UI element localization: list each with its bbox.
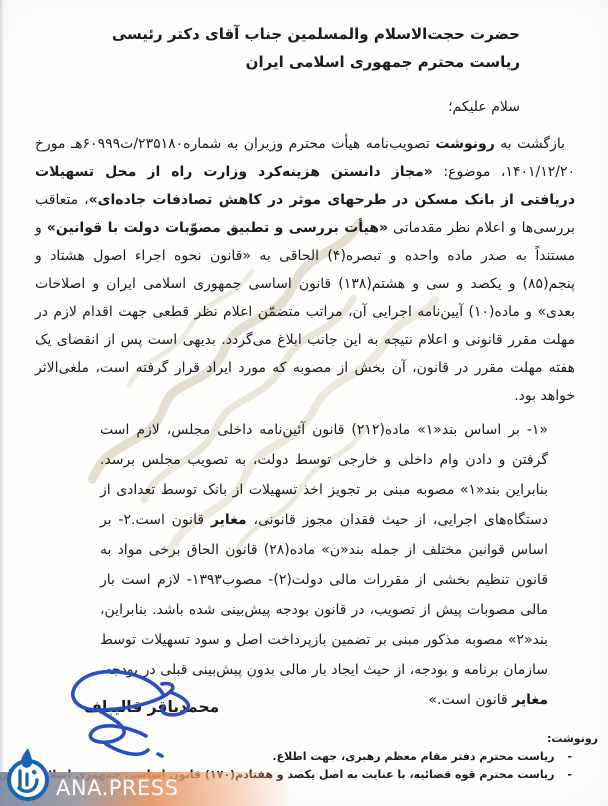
cc-item-dash: - [567,768,572,782]
addressee-line2: ریاست محترم جمهوری اسلامی ایران [0,48,520,76]
signature-ink [36,658,256,768]
scanned-letter-page: حضرت حجت‌الاسلام والمسلمین جناب آقای دکت… [0,0,608,806]
addressee-block: حضرت حجت‌الاسلام والمسلمین جناب آقای دکت… [0,0,608,76]
ruling-run: قانون است.» [429,692,513,708]
scan-edge-shadow [0,0,4,806]
ana-logo-icon [5,747,51,803]
paragraph-run: بازگشت به [495,136,565,152]
ruling-run-bold: مغایر [211,512,247,528]
cc-item-dash: - [567,750,572,764]
ruling-run-bold: مغایر [512,692,548,708]
paragraph-run-bold: رونوشت [435,136,494,152]
salutation: سلام علیکم؛ [0,76,608,115]
paragraph-run-bold: «هیأت بررسی و تطبیق مصوّبات دولت با قوان… [47,220,388,236]
paragraph-run: و مستنداً به صدر ماده واحده و تبصره(۴) ا… [35,220,575,404]
ruling-run: قانون است.۲- بر اساس قوانین مختلف از جمل… [100,512,548,678]
body-paragraph: بازگشت به رونوشت تصویب‌نامه هیأت محترم و… [35,130,575,410]
cc-item-text: ریاست محترم دفتر مقام معظم رهبری، جهت اط… [272,750,554,764]
ana-press-wordmark: ANA.PRESS [56,776,178,800]
addressee-line1: حضرت حجت‌الاسلام والمسلمین جناب آقای دکت… [0,20,520,48]
